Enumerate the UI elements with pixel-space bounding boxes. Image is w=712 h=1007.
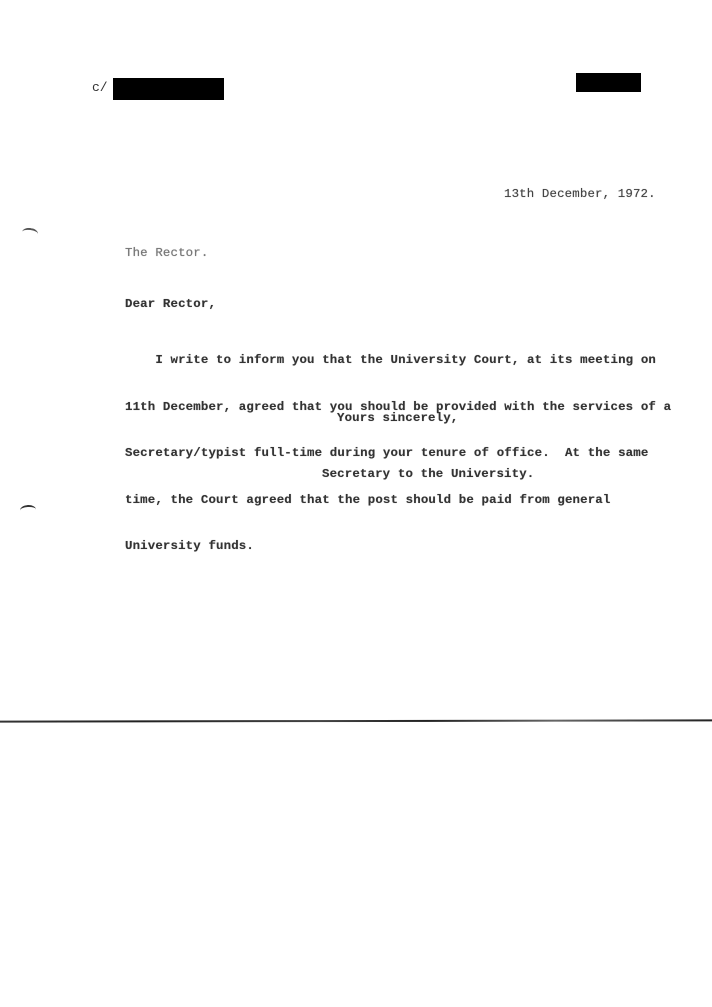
page-edge-line	[0, 719, 712, 722]
punch-hole-mark	[21, 227, 38, 239]
closing: Yours sincerely,	[337, 411, 458, 426]
addressee: The Rector.	[125, 246, 208, 261]
redaction-top-right	[576, 73, 641, 92]
body-line: time, the Court agreed that the post sho…	[125, 493, 671, 509]
body-line: I write to inform you that the Universit…	[125, 353, 671, 369]
letter-date: 13th December, 1972.	[504, 187, 656, 202]
redaction-reference	[113, 78, 224, 100]
letter-page: c/ 13th December, 1972. The Rector. Dear…	[0, 0, 712, 1007]
punch-hole-mark	[20, 504, 37, 515]
body-line: University funds.	[125, 539, 671, 555]
signature-title: Secretary to the University.	[322, 467, 534, 482]
reference-prefix: c/	[92, 80, 108, 95]
salutation: Dear Rector,	[125, 297, 216, 312]
body-line: Secretary/typist full-time during your t…	[125, 446, 671, 462]
letter-body: I write to inform you that the Universit…	[125, 322, 671, 586]
